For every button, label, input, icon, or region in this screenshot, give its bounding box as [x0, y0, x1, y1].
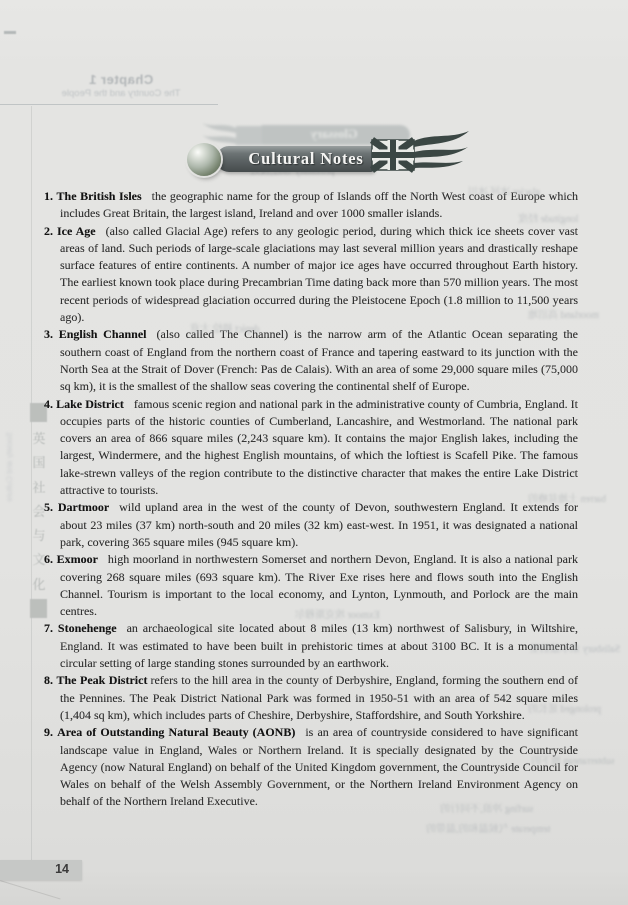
- header-rule: [0, 104, 218, 105]
- bleedthrough-text: Exmoor 埃克斯穆尔: [295, 606, 380, 621]
- bleed-chapter-subtitle: The Country and the People: [45, 88, 197, 99]
- note-item: 8. The Peak Districtrefers to the hill a…: [44, 672, 578, 724]
- sphere-icon: [187, 143, 221, 176]
- note-body: wild upland area in the west of the coun…: [60, 500, 578, 549]
- banner-title: Cultural Notes: [231, 149, 381, 169]
- note-item: 3. English Channel(also called The Chann…: [44, 326, 578, 395]
- bleedthrough-text: subterranean 地下的: [531, 752, 615, 767]
- note-term: English Channel: [59, 327, 147, 341]
- note-term: Stonehenge: [58, 621, 117, 635]
- note-term: The Peak District: [57, 673, 148, 687]
- note-number: 8.: [44, 673, 53, 687]
- note-item: 2. Ice Age(also called Glacial Age) refe…: [44, 223, 578, 327]
- bleedthrough-text: moorland 高沼地: [528, 306, 599, 321]
- corner-crease-line: [0, 877, 61, 899]
- note-term: The British Isles: [57, 189, 142, 203]
- bleedthrough-text: temperate 气候温和的,温带的: [426, 820, 550, 835]
- note-number: 4.: [44, 397, 53, 411]
- bleedthrough-text: longitude 经度: [518, 210, 578, 225]
- note-body: famous scenic region and national park i…: [60, 397, 578, 497]
- bleedthrough-text: surfing 冲浪,不同行的: [440, 800, 533, 815]
- note-number: 1.: [44, 189, 53, 203]
- note-body: (also called Glacial Age) refers to any …: [60, 224, 578, 324]
- note-number: 5.: [44, 500, 53, 514]
- note-term: Area of Outstanding Natural Beauty (AONB…: [57, 725, 295, 739]
- note-number: 3.: [44, 327, 53, 341]
- note-term: Dartmoor: [58, 500, 109, 514]
- note-number: 2.: [44, 224, 53, 238]
- note-term: Ice Age: [57, 224, 96, 238]
- note-body: an archaeological site located about 8 m…: [60, 621, 578, 670]
- cultural-notes-list: 1. The British Islesthe geographic name …: [44, 188, 578, 811]
- bleedthrough-text: glacier 冰河,冰川: [468, 183, 540, 198]
- page-number: 14: [55, 862, 69, 876]
- bleedthrough-text: prolonged 延长的: [528, 700, 601, 715]
- note-term: Lake District: [56, 397, 124, 411]
- note-number: 9.: [44, 725, 53, 739]
- uk-flag-icon: [368, 124, 474, 176]
- note-item: 4. Lake Districtfamous scenic region and…: [44, 396, 578, 500]
- cultural-notes-banner: Cultural Notes: [185, 124, 477, 178]
- scanned-page: { "page": { "number": "14", "side_tab_ve…: [0, 0, 628, 905]
- page-number-bar: 14: [0, 860, 82, 880]
- bleed-chapter-title: Chapter 1: [45, 72, 197, 87]
- bleedthrough-text: Society and Culture: [5, 432, 14, 602]
- bleedthrough-text: Salisbury 索尔兹伯里: [530, 640, 620, 655]
- note-item: 7. Stonehengean archaeological site loca…: [44, 620, 578, 672]
- bleed-chapter-header: Chapter 1 The Country and the People: [45, 72, 197, 99]
- scan-mark: [4, 31, 16, 34]
- note-number: 7.: [44, 621, 53, 635]
- note-item: 5. Dartmoorwild upland area in the west …: [44, 499, 578, 551]
- note-term: Exmoor: [57, 552, 98, 566]
- note-number: 6.: [44, 552, 53, 566]
- bleedthrough-text: depict 描绘,大意: [190, 320, 259, 335]
- bleedthrough-text: barren 土地贫瘠的: [528, 490, 606, 505]
- note-item: 9. Area of Outstanding Natural Beauty (A…: [44, 724, 578, 810]
